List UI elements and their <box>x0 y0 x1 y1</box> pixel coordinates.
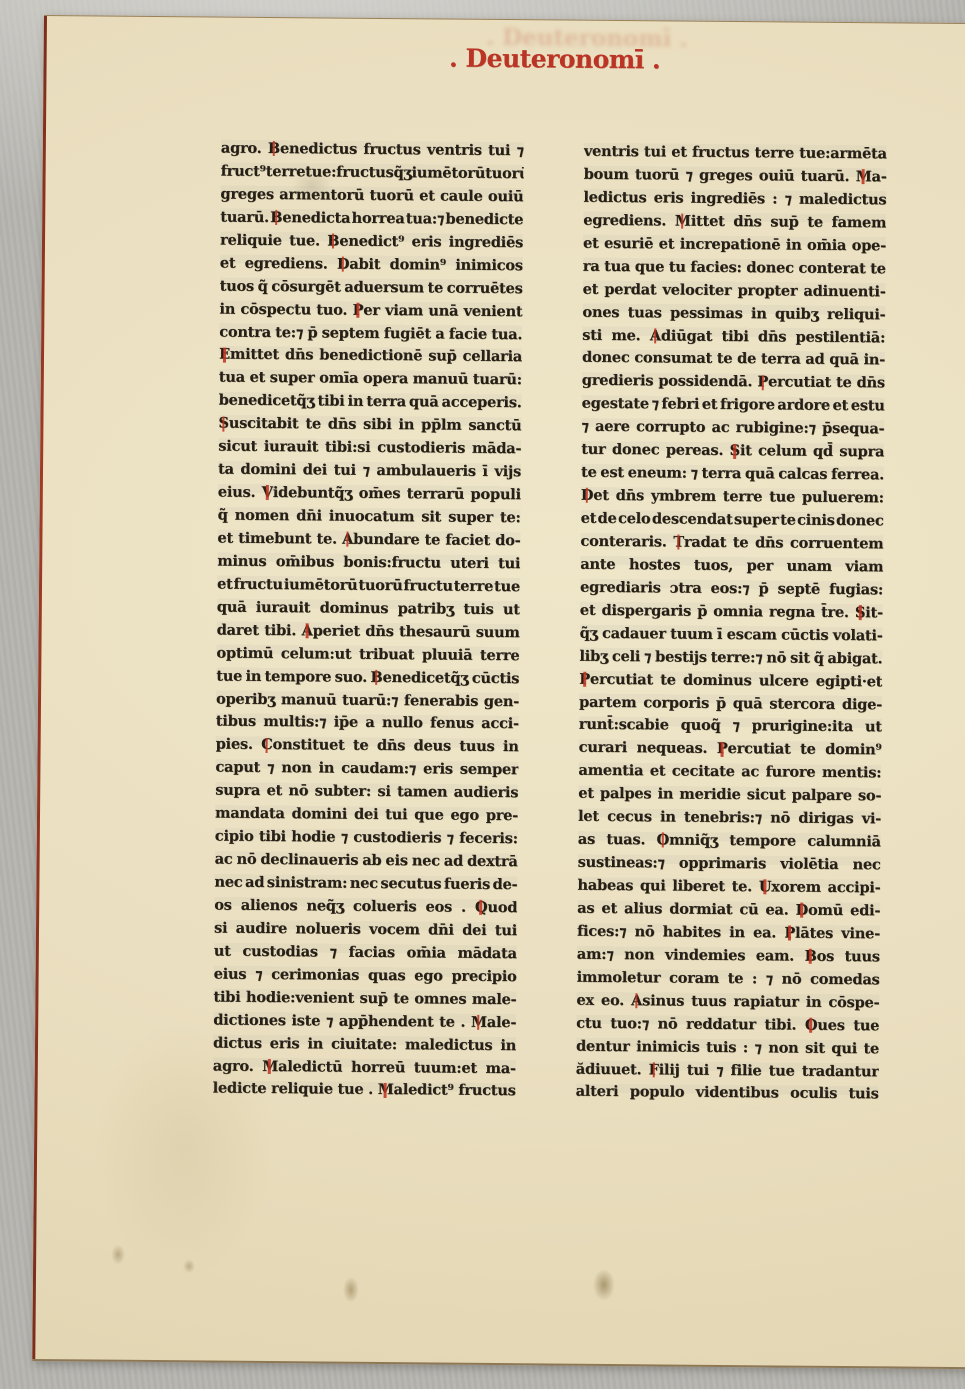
text-line: si audire nolueris vocem dn̄i dei tui <box>214 919 517 945</box>
text-line: libʒ celi ⁊ bestijs terre:⁊ nō sit q̃ ab… <box>579 647 882 673</box>
foxing-stain <box>343 1277 359 1303</box>
text-line: alteri populo videntibus oculis tuis <box>575 1083 878 1109</box>
text-line: boum tuorū ⁊ greges ouiū tuarū. Ma- <box>584 166 887 192</box>
foxing-stain <box>183 1259 195 1273</box>
rubricated-capital: M <box>378 1081 394 1098</box>
rubricated-capital: O <box>805 1016 818 1033</box>
text-line: quā iurauit dominus patribʒ tuis ut <box>217 598 520 624</box>
running-head-title: . Deuteronomī . <box>449 44 660 75</box>
text-line: ctu tuo:⁊ nō reddatur tibi. Oues tue <box>576 1014 879 1040</box>
text-line: mandata domini dei tui que ego pre- <box>215 805 518 831</box>
text-line: ac nō declinaueris ab eis nec ad dextrā <box>215 851 518 877</box>
text-line: greges armentorū tuorū et caule ouiū <box>220 185 523 211</box>
rubricated-capital: Q <box>475 899 488 916</box>
rubricated-capital: P <box>579 670 590 687</box>
left-text-column: agro. Benedictus fructus ventris tui ⁊fr… <box>213 140 524 1107</box>
text-line: et timebunt te. Abundare te faciet do- <box>217 529 520 555</box>
text-line: ut custodias ⁊ facias om̄ia mādata <box>214 942 517 968</box>
rubricated-capital: S <box>730 442 740 459</box>
text-line: egrediaris ɔtra eos:⁊ p̄ septē fugias: <box>580 579 883 605</box>
text-line: ex eo. Asinus tuus rapiatur in cōspe- <box>576 991 879 1017</box>
text-line: egestate ⁊ febri et frigore ardore et es… <box>582 395 885 421</box>
text-line: gredieris possidendā. Percutiat te dn̄s <box>582 372 885 398</box>
text-line: fices:⁊ nō habites in ea. Plātes vine- <box>577 923 880 949</box>
rubricated-capital: B <box>270 209 282 226</box>
rubricated-capital: B <box>268 140 280 157</box>
rubricated-capital: A <box>650 327 661 344</box>
rubricated-capital: A <box>301 622 312 639</box>
text-line: tibus multis:⁊ ip̄e a nullo fenus acci- <box>216 713 519 739</box>
rubricated-capital: C <box>261 736 273 753</box>
text-line: Emittet dn̄s benedictionē sup̄ cellaria <box>219 346 522 372</box>
text-line: Percutiat te dominus ulcere egipti·et <box>579 670 882 696</box>
rubricated-capital: M <box>856 168 872 185</box>
rubricated-capital: O <box>657 832 670 849</box>
text-line: tuos q̃ cōsurgēt aduersum te corruētes <box>220 277 523 303</box>
foxing-stain <box>593 1269 615 1301</box>
rubricated-capital: B <box>327 232 339 249</box>
text-line: ante hostes tuos, per unam viam <box>580 556 883 582</box>
rubricated-capital: D <box>581 487 594 504</box>
text-line: let cecus in tenebris:⁊ nō dirigas vi- <box>578 808 881 834</box>
rubricated-capital: M <box>471 1013 487 1030</box>
text-line: am:⁊ non vindemies eam. Bos tuus <box>577 945 880 971</box>
rubricated-capital: P <box>352 301 363 318</box>
text-line: pies. Constituet te dn̄s deus tuus in <box>216 736 519 762</box>
text-line: reliquie tue. Benedict⁹ eris ingrediēs <box>220 231 523 257</box>
text-line: et fructu iumētorū tuorū fructu terre tu… <box>217 575 520 601</box>
text-line: ledictus eris ingrediēs : ⁊ maledictus <box>583 189 886 215</box>
text-line: minus om̄ibus bonis:fructu uteri tui <box>217 552 520 578</box>
rubricated-capital: P <box>757 374 768 391</box>
rubricated-capital: E <box>219 346 230 363</box>
text-line: nec ad sinistram: nec secutus fueris de- <box>214 874 517 900</box>
text-line: ledicte reliquie tue . Maledict⁹ fructus <box>213 1080 516 1106</box>
text-line: et dispergaris p̄ omnia regna t̄re. Sit- <box>580 601 883 627</box>
rubricated-capital: P <box>784 924 795 941</box>
text-line: et palpes in meridie sicut palpare so- <box>578 785 881 811</box>
text-line: operibʒ manuū tuarū:⁊ fenerabis gen- <box>216 690 519 716</box>
text-line: as et alius dormiat cū ea. Domū edi- <box>577 900 880 926</box>
text-line: tua et super omīa opera manuū tuarū: <box>219 369 522 395</box>
foxing-stain <box>111 1245 125 1265</box>
text-line: et esuriē et increpationē in om̄ia ope- <box>583 234 886 260</box>
text-line: dictiones iste ⁊ app̄hendent te . Male- <box>213 1011 516 1037</box>
text-line: agro. Maledictū horreū tuum:et ma- <box>213 1057 516 1083</box>
text-line: runt̄:scabie quoq̃ ⁊ prurigine:ita ut <box>579 716 882 742</box>
text-line: tur donec pereas. Sit celum qd̄ supra <box>581 441 884 467</box>
text-line: agro. Benedictus fructus ventris tui ⁊ <box>221 140 524 166</box>
text-line: donec consumat te de terra ad quā in- <box>582 349 885 375</box>
rubricated-capital: A <box>342 531 353 548</box>
text-line: amentia et cecitate ac furore mentis: <box>578 762 881 788</box>
rubricated-capital: M <box>262 1057 278 1074</box>
text-line: Suscitabit te dn̄s sibi in pp̄lm sanctū <box>218 415 521 441</box>
text-line: q̃ nomen dn̄i inuocatum sit super te: <box>218 507 521 533</box>
text-line: optimū celum:ut tribuat pluuiā terre <box>216 644 519 670</box>
rubricated-capital: D <box>796 902 809 919</box>
text-line: sustineas:⁊ opprimaris violētia nec <box>578 854 881 880</box>
text-line: ra tua que tu facies: donec conterat te <box>583 257 886 283</box>
text-line: ventris tui et fructus terre tue:armēta <box>584 143 887 169</box>
rubricated-capital: T <box>673 533 684 550</box>
text-line: contra te:⁊ p̄ septem fugiēt a facie tua… <box>219 323 522 349</box>
rubricated-capital: B <box>370 668 382 685</box>
rubricated-capital: A <box>631 992 642 1009</box>
text-line: egrediens. Mittet dn̄s sup̄ te famem <box>583 212 886 238</box>
text-line: sicut iurauit tibi:si custodieris māda- <box>218 438 521 464</box>
text-line: daret tibi. Aperiet dn̄s thesaurū suum <box>217 621 520 647</box>
text-line: ones tuas pessimas in quibʒ reliqui- <box>582 303 885 329</box>
rubricated-capital: U <box>759 878 772 895</box>
rubricated-capital: M <box>675 212 691 229</box>
rubricated-capital: B <box>804 947 816 964</box>
text-line: tuarū. Benedicta horrea tua:⁊ benedicte <box>220 208 523 234</box>
text-line: partem corporis p̄ quā stercora dige- <box>579 693 882 719</box>
text-line: as tuas. Omniq̃ʒ tempore calumniā <box>578 831 881 857</box>
text-line: habeas qui liberet te. Uxorem accipi- <box>577 877 880 903</box>
text-line: in cōspectu tuo. Per viam unā venient <box>219 300 522 326</box>
running-head-row: . Deuteronomī . <box>222 42 888 77</box>
text-line: te est eneum: ⁊ terra quā calcas ferrea. <box>581 464 884 490</box>
vellum-leaf: . Deuteronomī . . Deuteronomī . agro. Be… <box>32 15 965 1369</box>
rubricated-capital: F <box>648 1061 658 1078</box>
text-line: et egrediens. Dabit domin⁹ inimicos <box>220 254 523 280</box>
text-line: ⁊ aere corrupto ac rubigine:⁊ p̄sequa- <box>581 418 884 444</box>
text-line: tue in tempore suo. Benedicetq̃ʒ cūctis <box>216 667 519 693</box>
text-line: immoletur coram te : ⁊ nō comedas <box>576 968 879 994</box>
text-line: dentur inimicis tuis : ⁊ non sit qui te <box>576 1037 879 1063</box>
text-line: Det dn̄s ymbrem terre tue puluerem: <box>581 487 884 513</box>
right-text-column: ventris tui et fructus terre tue:armētab… <box>575 143 886 1110</box>
text-line: conteraris. Tradat te dn̄s corruentem <box>580 533 883 559</box>
text-line: sti me. Adiūgat tibi dn̄s pestilentiā: <box>582 326 885 352</box>
red-stained-fore-edge <box>32 16 47 1359</box>
rubricated-capital: D <box>337 255 350 272</box>
text-line: q̃ʒ cadauer tuum ī escam cūctis volati- <box>580 624 883 650</box>
text-line: cipio tibi hodie ⁊ custodieris ⁊ feceris… <box>215 828 518 854</box>
text-line: curari nequeas. Percutiat te domin⁹ <box>579 739 882 765</box>
text-line: ădiuuet. Filij tui ⁊ filie tue tradantur <box>576 1060 879 1086</box>
text-line: benedicetq̃ʒ tibi in terra quā acceperis… <box>219 392 522 418</box>
text-line: eius. Videbuntq̃ʒ om̄es terrarū populi <box>218 484 521 510</box>
rubricated-capital: V <box>262 484 273 501</box>
text-line: fruct⁹ terre tue:fructusq̃ʒ iumētorū tuo… <box>221 162 524 188</box>
rubricated-capital: P <box>717 740 728 757</box>
text-line: dictus eris in ciuitate: maledictus in <box>213 1034 516 1060</box>
photo-of-gutenberg-bible-leaf: { "page": { "running_head": ". Deuterono… <box>0 0 965 1389</box>
rubricated-capital: S <box>218 415 228 432</box>
text-line: eius ⁊ cerimonias quas ego precipio <box>214 965 517 991</box>
text-line: supra et nō subter: si tamen audieris <box>215 782 518 808</box>
rubricated-capital: S <box>855 604 865 621</box>
text-line: os alienos neq̃ʒ colueris eos . Quod <box>214 896 517 922</box>
text-line: et de celo descendat super te cinis done… <box>581 510 884 536</box>
text-line: caput ⁊ non in caudam:⁊ eris semper <box>215 759 518 785</box>
text-line: ta domini dei tui ⁊ ambulaueris ī vijs <box>218 461 521 487</box>
text-line: tibi hodie:venient sup̄ te omnes male- <box>213 988 516 1014</box>
text-line: et perdat velociter propter adinuenti- <box>583 280 886 306</box>
